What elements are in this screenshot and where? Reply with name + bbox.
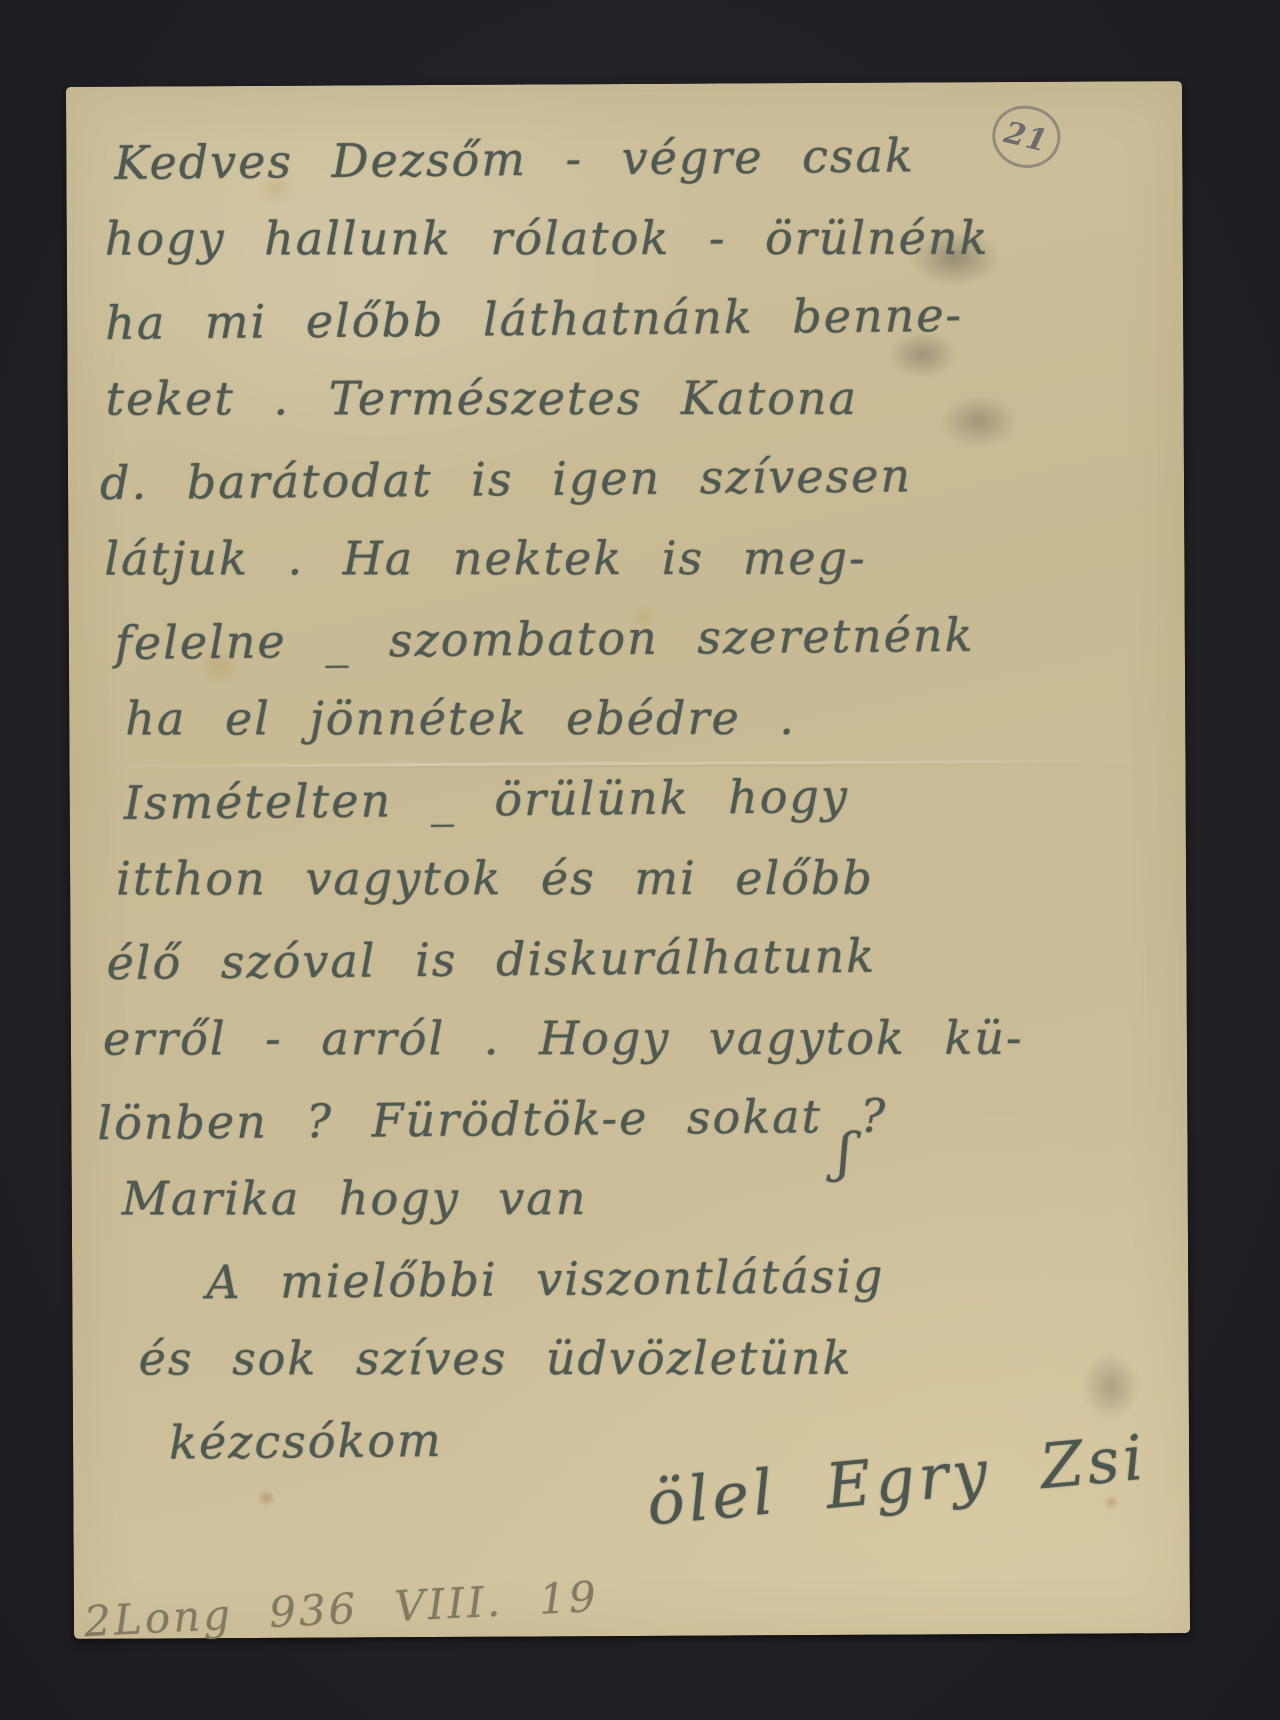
handwriting-line: Kedves Dezsőm - végre csak [114,113,1143,203]
ink-flourish-mark: ʃ [836,1121,854,1185]
handwriting-line: élő szóval is diskurálhatunk [106,913,1147,1003]
handwriting-line: A mielőbbi viszontlátásig [206,1233,1149,1322]
paper-stain [1103,1495,1119,1509]
handwriting-line: ha mi előbb láthatnánk benne- [105,273,1144,363]
handwriting-line: d. barátodat is igen szívesen [100,433,1145,523]
handwriting-line: Marika hogy van [122,1158,1148,1239]
handwriting-line: látjuk . Ha nektek is meg- [104,518,1144,599]
handwriting-line: Ismételten _ örülünk hogy [123,753,1146,843]
handwriting-line: ha el jönnétek ebédre . [125,678,1145,759]
handwriting-line: lönben ? Fürödtök-e sokat ? [97,1073,1148,1163]
scanned-postcard-scene: 21 Kedves Dezsőm - végre csak hogy hallu… [0,0,1280,1720]
handwritten-text-block: Kedves Dezsőm - végre csak hogy hallunk … [66,81,1189,1481]
handwriting-line: és sok szíves üdvözletünk [139,1317,1149,1398]
archive-pencil-note: 2Long 936 VIII. 19 [83,1572,600,1646]
handwriting-line: felelne _ szombaton szeretnénk [114,593,1145,683]
paper-stain [257,1490,275,1506]
handwriting-line: itthon vagytok és mi előbb [116,838,1146,919]
postcard-paper: 21 Kedves Dezsőm - végre csak hogy hallu… [66,81,1190,1639]
handwriting-line: hogy hallunk rólatok - örülnénk [105,198,1143,279]
handwriting-line: teket . Természetes Katona [106,358,1144,439]
handwriting-line: erről - arról . Hogy vagytok kü- [103,998,1147,1079]
